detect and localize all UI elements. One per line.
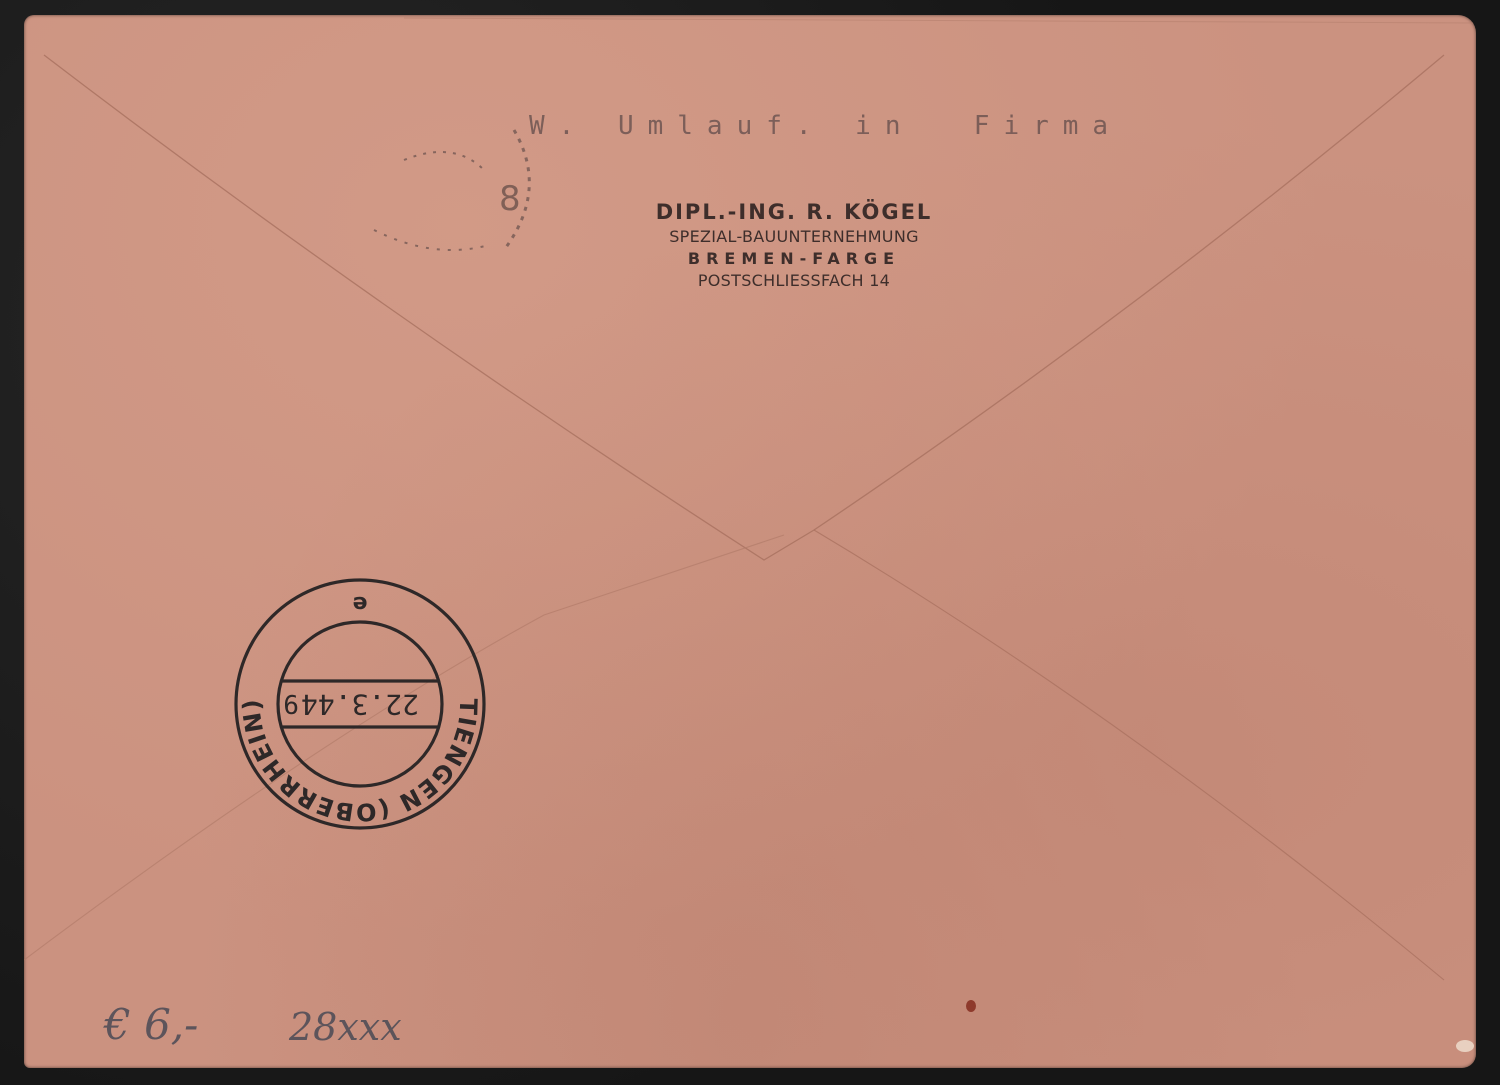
paper-damage-spot bbox=[1456, 1040, 1474, 1052]
postmark-date: 22.3.44 bbox=[301, 688, 419, 721]
postmark-time: 9 bbox=[283, 688, 299, 718]
sender-business: SPEZIAL-BAUUNTERNEHMUNG bbox=[584, 227, 1004, 246]
ink-spot bbox=[966, 1000, 976, 1012]
faint-postmark-number: 8 bbox=[499, 179, 521, 219]
sender-po-box: POSTSCHLIESSFACH 14 bbox=[584, 271, 1004, 290]
sender-city: BREMEN-FARGE bbox=[584, 249, 1004, 268]
faint-postmark-stamp: 8 bbox=[314, 100, 554, 270]
envelope-flap-lines bbox=[24, 15, 1476, 1068]
postmark-letter: e bbox=[353, 591, 368, 616]
typed-addressee-line: W. Umlauf. in Firma bbox=[529, 111, 1122, 141]
sender-stamp: DIPL.-ING. R. KÖGEL SPEZIAL-BAUUNTERNEHM… bbox=[584, 193, 1004, 290]
handwritten-price: € 6,- bbox=[104, 1000, 198, 1049]
postmark-stamp: TIENGEN (OBERRHEIN) 22.3.44 9 e bbox=[229, 573, 491, 835]
envelope-back: W. Umlauf. in Firma 8 DIPL.-ING. R. KÖGE… bbox=[24, 15, 1476, 1068]
sender-name: DIPL.-ING. R. KÖGEL bbox=[584, 200, 1004, 224]
handwritten-code: 28xxx bbox=[289, 1005, 402, 1049]
